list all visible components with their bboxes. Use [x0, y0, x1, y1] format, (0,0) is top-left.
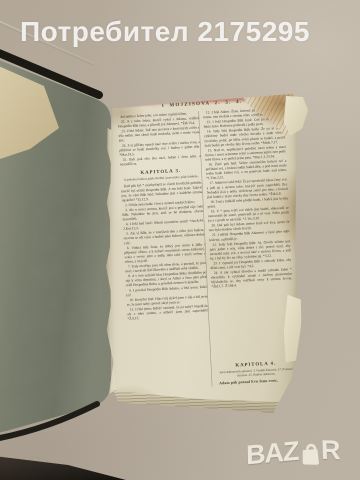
photo-scene: I MOJŽÍŠOVA 2. 3. 4. dal jednu z žeber j…	[0, 0, 360, 480]
text-column-left: dal jednu z žeber jeho, a to místo vypln…	[117, 111, 211, 391]
page-content: I MOJŽÍŠOVA 2. 3. 4. dal jednu z žeber j…	[117, 97, 301, 405]
bazar-logo: BAZ R	[245, 435, 339, 471]
verse-paragraph: 11. I řekl jemu: Kdožť oznámil, že jsi n…	[127, 304, 209, 322]
shopping-bag-icon	[299, 440, 321, 465]
text-column-right: 12. I řekl Adam: Žena, kterouž jsi mi da…	[198, 107, 297, 387]
bazar-text-suffix: R	[320, 435, 340, 466]
verse-paragraph: 24. A tak vyhnal člověka a osadil zahrad…	[211, 267, 293, 289]
text-columns: dal jednu z žeber jeho, a to místo vypln…	[117, 107, 300, 391]
book-page: I MOJŽÍŠOVA 2. 3. 4. dal jednu z žeber j…	[108, 90, 300, 416]
dark-object-corner	[0, 456, 126, 480]
user-watermark: Потребител 2175295	[20, 16, 310, 48]
bazar-text-prefix: BAZ	[246, 436, 299, 472]
